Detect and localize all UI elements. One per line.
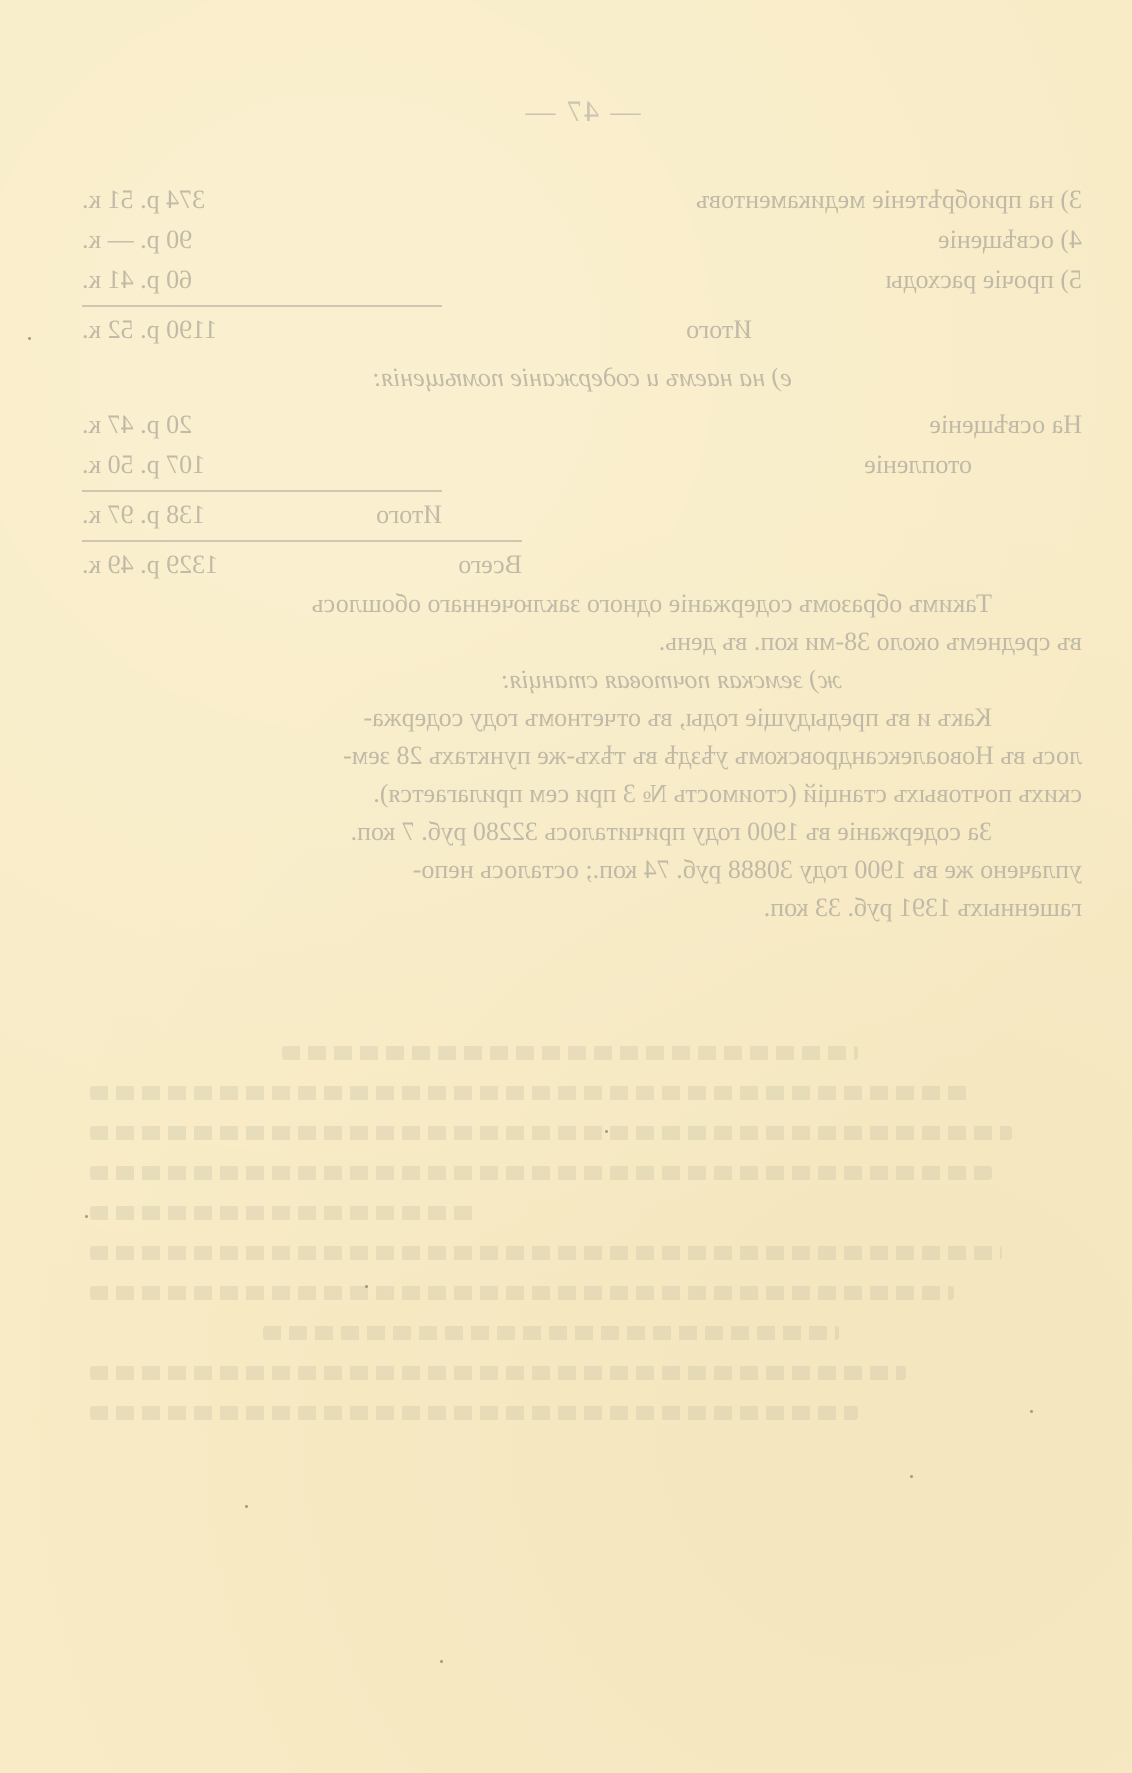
page-number: — 47 —: [82, 95, 1082, 129]
ledger-amount: 107 р. 50 к.: [82, 450, 205, 480]
ghost-line: [282, 1046, 858, 1060]
ledger-label: На освѣщеніе: [929, 410, 1082, 440]
ghost-line: [90, 1366, 906, 1380]
ledger-row: На освѣщеніе 20 р. 47 к.: [82, 410, 1082, 450]
paragraph-line: гашенныхъ 1391 руб. 33 коп.: [82, 889, 1082, 927]
scan-speck: [910, 1475, 913, 1478]
ledger-label: 3) на приобрѣтеніе медикаментовъ: [696, 185, 1082, 215]
paragraph-line: Такимъ образомъ содержаніе одного заключ…: [82, 585, 1082, 623]
ghost-line: [90, 1166, 992, 1180]
ledger-rule: [82, 540, 522, 542]
total-amount: 1329 р. 49 к.: [82, 550, 218, 580]
subtotal-amount: 1190 р. 52 к.: [82, 315, 217, 345]
section-heading: е) на наемъ и содержаніе помѣщенія:: [82, 363, 1082, 393]
subtotal-amount: 138 р. 97 к.: [82, 500, 205, 530]
ledger-rule: [82, 490, 442, 492]
paragraph-line: скихъ почтовыхъ станцій (стоимость № 3 п…: [82, 775, 1082, 813]
ledger-section-heading: е) на наемъ и содержаніе помѣщенія:: [82, 363, 1082, 403]
ghost-line: [90, 1206, 474, 1220]
ledger-subtotal: Итого 138 р. 97 к.: [82, 500, 1082, 540]
scan-speck: [605, 1130, 608, 1133]
paragraph-line: уплачено же въ 1900 году 30888 руб. 74 к…: [82, 851, 1082, 889]
scan-speck: [245, 1505, 248, 1508]
ledger-subtotal: Итого 1190 р. 52 к.: [82, 315, 1082, 355]
ledger-label: 4) освѣщеніе: [938, 225, 1082, 255]
ledger-row: отопленіе 107 р. 50 к.: [82, 450, 1082, 490]
scan-speck: [28, 337, 31, 340]
ledger-label: 5) прочіе расходы: [886, 265, 1082, 295]
ledger-label: отопленіе: [864, 450, 972, 480]
ledger-total: Всего 1329 р. 49 к.: [82, 550, 1082, 590]
ledger-amount: 60 р. 41 к.: [82, 265, 192, 295]
ledger-row: 5) прочіе расходы 60 р. 41 к.: [82, 265, 1082, 305]
paragraph-line: въ среднемъ около 38-ми коп. въ день.: [82, 623, 1082, 661]
ledger-rule: [82, 305, 442, 307]
subtotal-label: Итого: [686, 315, 752, 345]
ghost-line: [90, 1406, 858, 1420]
ghost-line: [263, 1326, 839, 1340]
faint-lower-ghost-layer: [90, 1020, 1050, 1446]
ghost-line: [90, 1246, 1002, 1260]
ledger-amount: 20 р. 47 к.: [82, 410, 192, 440]
ghost-line: [90, 1086, 973, 1100]
ghost-line: [90, 1286, 954, 1300]
scan-speck: [1030, 1410, 1033, 1413]
paragraph-line: лось въ Новоалександровскомъ уѣздѣ въ тѣ…: [82, 737, 1082, 775]
ledger-amount: 90 р. — к.: [82, 225, 192, 255]
ledger-amount: 374 р. 51 к.: [82, 185, 205, 215]
ghost-line: [90, 1126, 1012, 1140]
body-text: Такимъ образомъ содержаніе одного заключ…: [82, 585, 1082, 927]
section-heading: ж) земская почтовая станція:: [82, 661, 1082, 699]
ledger-row: 3) на приобрѣтеніе медикаментовъ 374 р. …: [82, 185, 1082, 225]
subtotal-label: Итого: [376, 500, 442, 530]
scan-speck: [85, 1215, 88, 1218]
ledger-row: 4) освѣщеніе 90 р. — к.: [82, 225, 1082, 265]
total-label: Всего: [458, 550, 522, 580]
paragraph-line: За содержаніе въ 1900 году причиталось 3…: [82, 813, 1082, 851]
scan-speck: [440, 1660, 443, 1663]
paragraph-line: Какъ и въ предыдущіе годы, въ отчетномъ …: [82, 699, 1082, 737]
scan-speck: [365, 1285, 368, 1288]
